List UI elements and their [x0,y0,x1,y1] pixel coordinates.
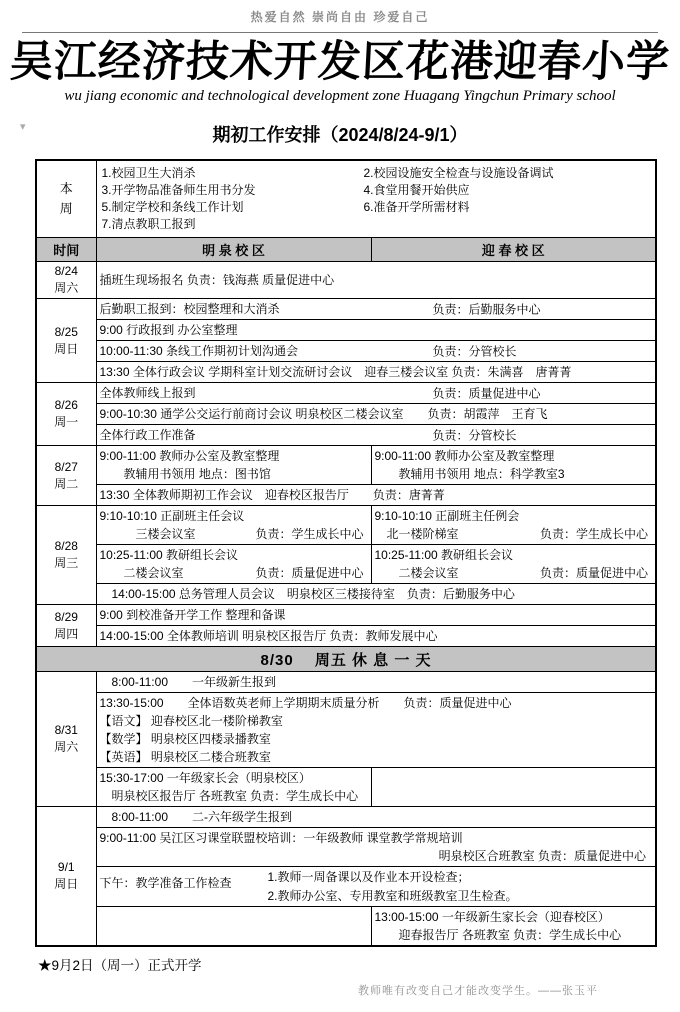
footer-note: ★9月2日（周一）正式开学 [38,954,680,974]
schedule-line: 9:00-10:30 通学公交运行前商讨会议 明泉校区二楼会议室 负责：胡霞萍 … [100,405,653,423]
schedule-row: 全体行政工作准备负责：分管校长 [36,425,656,446]
schedule-line: 【英语】 明泉校区二楼合班教室 [100,748,653,766]
week-task: 3.开学物品准备师生用书分发 [102,182,364,199]
week-label: 本周 [58,179,75,221]
schedule-cell: 8:00-11:00 二-六年级学生报到 [96,807,656,828]
school-name-cn: 吴江经济技术开发区花港迎春小学 [0,39,680,86]
schedule-row: 8/24周六插班生现场报名 负责：钱海燕 质量促进中心 [36,262,656,299]
schedule-row: 9:00 行政报到 办公室整理 [36,320,656,341]
schedule-row: 13:30 全体教师期初工作会议 迎春校区报告厅 负责：唐菁菁 [36,485,656,506]
schedule-line: 9:00-11:00 教师办公室及教室整理 [375,447,653,465]
line-place: 三楼会议室 [100,525,196,543]
schedule-row: 14:00-15:00 全体教师培训 明泉校区报告厅 负责：教师发展中心 [36,626,656,647]
schedule-line: 9:10-10:10 正副班主任例会 [375,507,653,525]
schedule-line: 9:10-10:10 正副班主任会议 [100,507,368,525]
date-label: 8/24 [40,263,93,280]
week-tasks-grid: 1.校园卫生大消杀 2.校园设施安全检查与设施设备调试 3.开学物品准备师生用书… [100,162,653,236]
line-responsible: 负责：分管校长 [433,343,517,360]
schedule-line: 15:30-17:00 一年级家长会（明泉校区） [100,769,368,787]
schedule-line: 14:00-15:00 全体教师培训 明泉校区报告厅 负责：教师发展中心 [100,627,653,645]
schedule-line: 插班生现场报名 负责：钱海燕 质量促进中心 [100,271,653,289]
week-task: 7.清点教职工报到 [102,216,364,233]
date-cell: 9/1周日 [36,807,96,947]
schedule-line: 北一楼阶梯室负责：学生成长中心 [375,525,653,543]
schedule-cell: 15:30-17:00 一年级家长会（明泉校区） 明泉校区报告厅 各班教室 负责… [96,768,371,807]
schedule-line: 10:25-11:00 教研组长会议 [100,546,368,564]
date-cell: 8/26周一 [36,383,96,446]
schedule-line: 教辅用书领用 地点：图书馆 [100,465,368,483]
date-cell: 8/24周六 [36,262,96,299]
footer-quote: 教师唯有改变自己才能改变学生。——张玉平 [358,982,598,998]
task-item: 1.教师一周备课以及作业本开设检查； [268,868,518,887]
line-place: 二楼会议室 [375,564,459,582]
weekday-label: 周日 [40,341,93,358]
task-label: 下午：教学准备工作检查 [100,868,268,892]
date-label: 9/1 [40,859,93,876]
week-label-cell: 本周 [36,160,96,238]
date-label: 8/28 [40,538,93,555]
collapse-marker-icon: ▾ [20,120,26,133]
schedule-line: 迎春报告厅 各班教室 负责：学生成长中心 [375,926,653,944]
schedule-row: 8/25周日后勤职工报到：校园整理和大消杀负责：后勤服务中心 [36,299,656,320]
schedule-cell: 13:30 全体行政会议 学期科室计划交流研讨会议 迎春三楼会议室 负责：朱满喜… [96,362,656,383]
schedule-cell: 10:00-11:30 条线工作期初计划沟通会负责：分管校长 [96,341,656,362]
schedule-cell: 10:25-11:00 教研组长会议 二楼会议室负责：质量促进中心 [96,545,371,584]
schedule-cell: 9:00 到校准备开学工作 整理和备课 [96,605,656,626]
schedule-row: 15:30-17:00 一年级家长会（明泉校区） 明泉校区报告厅 各班教室 负责… [36,768,656,807]
schedule-row: 14:00-15:00 总务管理人员会议 明泉校区三楼接待室 负责：后勤服务中心 [36,584,656,605]
line-responsible: 负责：质量促进中心 [433,385,541,402]
schedule-line: 13:30-15:00 全体语数英老师上学期期末质量分析 负责：质量促进中心 [100,694,653,712]
week-summary-row: 本周 1.校园卫生大消杀 2.校园设施安全检查与设施设备调试 3.开学物品准备师… [36,160,656,238]
schedule-cell: 10:25-11:00 教研组长会议 二楼会议室负责：质量促进中心 [371,545,656,584]
schedule-cell: 全体教师线上报到负责：质量促进中心 [96,383,656,404]
week-task: 5.制定学校和条线工作计划 [102,199,364,216]
column-header-row: 时间 明 泉 校 区 迎 春 校 区 [36,238,656,262]
schedule-cell: 下午：教学准备工作检查1.教师一周备课以及作业本开设检查；2.教师办公室、专用教… [96,867,656,907]
header-motto: 热爱自然 崇尚自由 珍爱自己 [0,8,680,25]
schedule-row: 13:30 全体行政会议 学期科室计划交流研讨会议 迎春三楼会议室 负责：朱满喜… [36,362,656,383]
schedule-cell: 9:10-10:10 正副班主任例会 北一楼阶梯室负责：学生成长中心 [371,506,656,545]
rest-day-row: 8/30 周五 休 息 一 天 [36,647,656,672]
line-responsible: 负责：质量促进中心 [540,564,648,582]
schedule-line: 【数学】 明泉校区四楼录播教室 [100,730,653,748]
schedule-cell: 13:30-15:00 全体语数英老师上学期期末质量分析 负责：质量促进中心【语… [96,693,656,768]
schedule-cell [96,907,371,947]
schedule-cell: 13:00-15:00 一年级新生家长会（迎春校区） 迎春报告厅 各班教室 负责… [371,907,656,947]
line-responsible: 负责：学生成长中心 [255,525,363,543]
schedule-row: 10:00-11:30 条线工作期初计划沟通会负责：分管校长 [36,341,656,362]
date-label: 8/29 [40,609,93,626]
schedule-cell: 14:00-15:00 全体教师培训 明泉校区报告厅 负责：教师发展中心 [96,626,656,647]
document-page: 热爱自然 崇尚自由 珍爱自己 ▾ 吴江经济技术开发区花港迎春小学 wu jian… [0,0,680,1012]
schedule-line: 后勤职工报到：校园整理和大消杀 [100,300,653,318]
date-cell: 8/31周六 [36,672,96,807]
weekday-label: 周四 [40,626,93,643]
rest-day-cell: 8/30 周五 休 息 一 天 [36,647,656,672]
weekday-label: 周六 [40,739,93,756]
school-name-en: wu jiang economic and technological deve… [0,88,680,105]
week-task: 1.校园卫生大消杀 [102,165,364,182]
page-title: 期初工作安排（2024/8/24-9/1） [0,121,680,147]
schedule-cell: 后勤职工报到：校园整理和大消杀负责：后勤服务中心 [96,299,656,320]
schedule-line: 10:00-11:30 条线工作期初计划沟通会 [100,342,653,360]
schedule-line: 13:30 全体行政会议 学期科室计划交流研讨会议 迎春三楼会议室 负责：朱满喜… [100,363,653,381]
schedule-row: 8/27周二9:00-11:00 教师办公室及教室整理 教辅用书领用 地点：图书… [36,446,656,485]
task-items: 1.教师一周备课以及作业本开设检查；2.教师办公室、专用教室和班级教室卫生检查。 [268,868,518,905]
schedule-line: 14:00-15:00 总务管理人员会议 明泉校区三楼接待室 负责：后勤服务中心 [100,585,653,603]
schedule-line: 三楼会议室负责：学生成长中心 [100,525,368,543]
schedule-cell: 9:00-11:00 教师办公室及教室整理 教辅用书领用 地点：图书馆 [96,446,371,485]
date-label: 8/25 [40,324,93,341]
date-cell: 8/25周日 [36,299,96,383]
line-responsible: 负责：学生成长中心 [540,525,648,543]
schedule-cell: 13:30 全体教师期初工作会议 迎春校区报告厅 负责：唐菁菁 [96,485,656,506]
schedule-cell: 8:00-11:00 一年级新生报到 [96,672,656,693]
schedule-line: 13:00-15:00 一年级新生家长会（迎春校区） [375,908,653,926]
schedule-line: 教辅用书领用 地点：科学教室3 [375,465,653,483]
weekday-label: 周二 [40,476,93,493]
schedule-line: 9:00-11:00 吴江区习课堂联盟校培训：一年级教师 课堂教学常规培训 [100,829,653,847]
schedule-row: 8/31周六 8:00-11:00 一年级新生报到 [36,672,656,693]
schedule-line: 8:00-11:00 二-六年级学生报到 [100,808,653,826]
weekday-label: 周三 [40,555,93,572]
schedule-row: 8/29周四9:00 到校准备开学工作 整理和备课 [36,605,656,626]
schedule-row: 13:00-15:00 一年级新生家长会（迎春校区） 迎春报告厅 各班教室 负责… [36,907,656,947]
line-place: 二楼会议室 [100,564,184,582]
schedule-row: 9:00-11:00 吴江区习课堂联盟校培训：一年级教师 课堂教学常规培训明泉校… [36,828,656,867]
line-place: 北一楼阶梯室 [375,525,459,543]
schedule-cell: 全体行政工作准备负责：分管校长 [96,425,656,446]
schedule-row: 9:00-10:30 通学公交运行前商讨会议 明泉校区二楼会议室 负责：胡霞萍 … [36,404,656,425]
schedule-row: 9/1周日 8:00-11:00 二-六年级学生报到 [36,807,656,828]
schedule-line: 8:00-11:00 一年级新生报到 [100,673,653,691]
schedule-cell: 14:00-15:00 总务管理人员会议 明泉校区三楼接待室 负责：后勤服务中心 [96,584,656,605]
schedule-line: 二楼会议室负责：质量促进中心 [375,564,653,582]
schedule-cell: 9:00-10:30 通学公交运行前商讨会议 明泉校区二楼会议室 负责：胡霞萍 … [96,404,656,425]
weekday-label: 周六 [40,280,93,297]
schedule-cell: 9:10-10:10 正副班主任会议 三楼会议室负责：学生成长中心 [96,506,371,545]
week-task: 2.校园设施安全检查与设施设备调试 [364,165,653,182]
schedule-cell [371,768,656,807]
schedule-row: 8/26周一全体教师线上报到负责：质量促进中心 [36,383,656,404]
schedule-row: 13:30-15:00 全体语数英老师上学期期末质量分析 负责：质量促进中心【语… [36,693,656,768]
line-responsible: 负责：质量促进中心 [255,564,363,582]
line-responsible: 负责：分管校长 [433,427,517,444]
schedule-cell: 插班生现场报名 负责：钱海燕 质量促进中心 [96,262,656,299]
date-label: 8/26 [40,397,93,414]
weekday-label: 周一 [40,414,93,431]
line-responsible: 负责：后勤服务中心 [433,301,541,318]
schedule-line: 全体行政工作准备 [100,426,653,444]
date-cell: 8/27周二 [36,446,96,506]
schedule-line: 二楼会议室负责：质量促进中心 [100,564,368,582]
date-cell: 8/28周三 [36,506,96,605]
date-label: 8/31 [40,722,93,739]
task-check-block: 下午：教学准备工作检查1.教师一周备课以及作业本开设检查；2.教师办公室、专用教… [100,868,653,905]
schedule-table: 本周 1.校园卫生大消杀 2.校园设施安全检查与设施设备调试 3.开学物品准备师… [35,159,657,947]
weekday-label: 周日 [40,876,93,893]
schedule-cell: 9:00-11:00 吴江区习课堂联盟校培训：一年级教师 课堂教学常规培训明泉校… [96,828,656,867]
schedule-cell: 9:00-11:00 教师办公室及教室整理 教辅用书领用 地点：科学教室3 [371,446,656,485]
header-divider [22,32,658,33]
schedule-cell: 9:00 行政报到 办公室整理 [96,320,656,341]
date-cell: 8/29周四 [36,605,96,647]
week-task: 6.准备开学所需材料 [364,199,653,216]
task-item: 2.教师办公室、专用教室和班级教室卫生检查。 [268,887,518,906]
schedule-line: 全体教师线上报到 [100,384,653,402]
schedule-line: 9:00 到校准备开学工作 整理和备课 [100,606,653,624]
schedule-line: 9:00 行政报到 办公室整理 [100,321,653,339]
schedule-line: 9:00-11:00 教师办公室及教室整理 [100,447,368,465]
schedule-line: 13:30 全体教师期初工作会议 迎春校区报告厅 负责：唐菁菁 [100,486,653,504]
column-header-campus2: 迎 春 校 区 [371,238,656,262]
date-label: 8/27 [40,459,93,476]
schedule-line: 【语文】 迎春校区北一楼阶梯教室 [100,712,653,730]
week-tasks-cell: 1.校园卫生大消杀 2.校园设施安全检查与设施设备调试 3.开学物品准备师生用书… [96,160,656,238]
schedule-row: 8/28周三9:10-10:10 正副班主任会议 三楼会议室负责：学生成长中心9… [36,506,656,545]
schedule-row: 10:25-11:00 教研组长会议 二楼会议室负责：质量促进中心10:25-1… [36,545,656,584]
column-header-campus1: 明 泉 校 区 [96,238,371,262]
schedule-line: 明泉校区报告厅 各班教室 负责：学生成长中心 [100,787,368,805]
schedule-line: 明泉校区合班教室 负责：质量促进中心 [100,847,653,865]
week-task: 4.食堂用餐开始供应 [364,182,653,199]
column-header-time: 时间 [36,238,96,262]
schedule-row: 下午：教学准备工作检查1.教师一周备课以及作业本开设检查；2.教师办公室、专用教… [36,867,656,907]
schedule-line: 10:25-11:00 教研组长会议 [375,546,653,564]
